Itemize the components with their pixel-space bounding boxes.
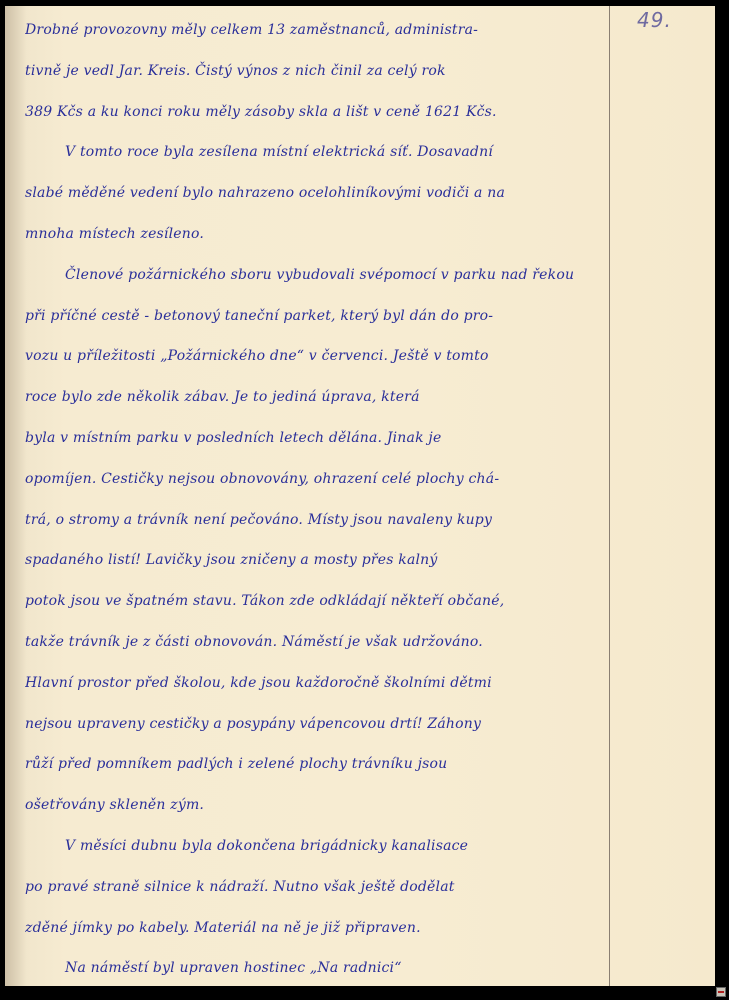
- text-line: Hlavní prostor před školou, kde jsou kaž…: [25, 663, 605, 704]
- viewer-frame: 49. Drobné provozovny měly celkem 13 zam…: [0, 0, 729, 1000]
- text-line: 389 Kčs a ku konci roku měly zásoby skla…: [25, 92, 605, 133]
- handwritten-text: Drobné provozovny měly celkem 13 zaměstn…: [25, 10, 605, 986]
- margin-rule: [609, 6, 610, 986]
- page-number: 49.: [637, 8, 672, 32]
- text-line: byla v místním parku v posledních letech…: [25, 418, 605, 459]
- text-line: Členové požárnického sboru vybudovali sv…: [25, 255, 605, 296]
- text-line: tivně je vedl Jar. Kreis. Čistý výnos z …: [25, 51, 605, 92]
- text-line: potok jsou ve špatném stavu. Tákon zde o…: [25, 581, 605, 622]
- text-line: nejsou upraveny cestičky a posypány vápe…: [25, 704, 605, 745]
- text-line: po pravé straně silnice k nádraží. Nutno…: [25, 867, 605, 908]
- text-line: zděné jímky po kabely. Materiál na ně je…: [25, 908, 605, 949]
- text-line: mnoha místech zesíleno.: [25, 214, 605, 255]
- text-line: roce bylo zde několik zábav. Je to jedin…: [25, 377, 605, 418]
- text-line: růží před pomníkem padlých i zelené ploc…: [25, 744, 605, 785]
- text-line: V tomto roce byla zesílena místní elektr…: [25, 132, 605, 173]
- text-line: V měsíci dubnu byla dokončena brigádnick…: [25, 826, 605, 867]
- minimize-icon[interactable]: [716, 987, 726, 997]
- text-line: trá, o stromy a trávník není pečováno. M…: [25, 500, 605, 541]
- text-line: vozu u příležitosti „Požárnického dne“ v…: [25, 336, 605, 377]
- text-line: spadaného listí! Lavičky jsou zničeny a …: [25, 540, 605, 581]
- manuscript-page: 49. Drobné provozovny měly celkem 13 zam…: [5, 6, 715, 986]
- text-line: při příčné cestě - betonový taneční park…: [25, 296, 605, 337]
- text-line: Drobné provozovny měly celkem 13 zaměstn…: [25, 10, 605, 51]
- text-line: opomíjen. Cestičky nejsou obnovovány, oh…: [25, 459, 605, 500]
- text-line: ošetřovány skleněn zým.: [25, 785, 605, 826]
- text-line: Na náměstí byl upraven hostinec „Na radn…: [25, 948, 605, 986]
- text-line: takže trávník je z části obnovován. Námě…: [25, 622, 605, 663]
- text-line: slabé měděné vedení bylo nahrazeno ocelo…: [25, 173, 605, 214]
